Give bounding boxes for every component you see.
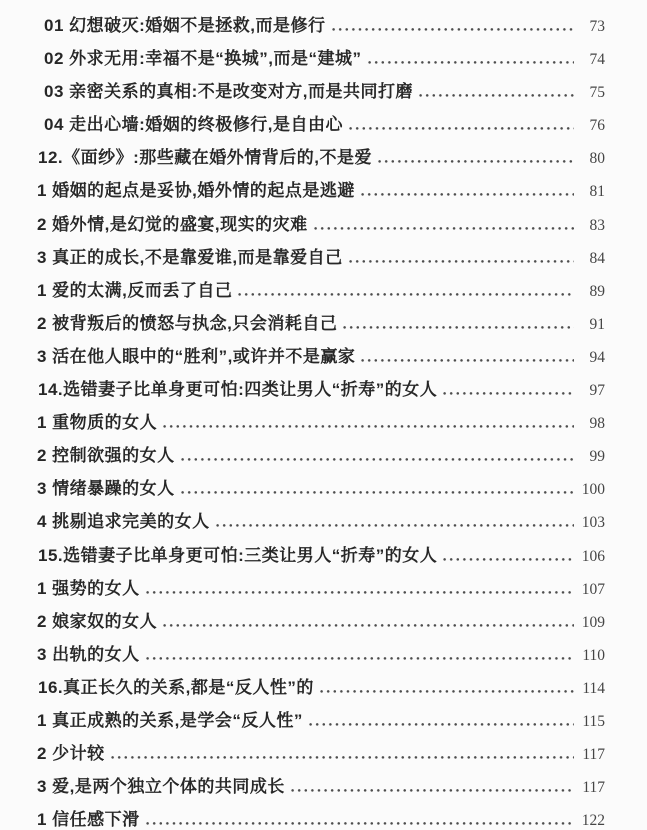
toc-entry-label: 3 情绪暴躁的女人 [37, 474, 175, 499]
toc-entry-page-number: 122 [578, 812, 605, 830]
toc-entry[interactable]: 1 重物质的女人 98 [0, 401, 647, 434]
dot-leader [443, 392, 574, 395]
toc-entry-page-number: 80 [578, 150, 605, 168]
dot-leader [443, 558, 574, 561]
toc-entry-label: 3 爱,是两个独立个体的共同成长 [37, 772, 285, 797]
toc-entry-label: 12.《面纱》:那些藏在婚外情背后的,不是爱 [38, 143, 372, 168]
toc-entry-label: 2 被背叛后的愤怒与执念,只会消耗自己 [37, 309, 337, 334]
toc-entry-label: 3 活在他人眼中的“胜利”,或许并不是赢家 [37, 342, 355, 367]
dot-leader [361, 359, 574, 362]
toc-entry[interactable]: 3 出轨的女人 110 [0, 633, 647, 666]
table-of-contents: 01 幻想破灭:婚姻不是拯救,而是修行 73 02 外求无用:幸福不是“换城”,… [0, 0, 647, 830]
toc-entry[interactable]: 3 情绪暴躁的女人 100 [0, 467, 647, 500]
toc-entry-page-number: 89 [578, 283, 605, 301]
toc-entry[interactable]: 3 爱,是两个独立个体的共同成长 117 [0, 765, 647, 798]
dot-leader [314, 227, 574, 230]
toc-entry-page-number: 73 [578, 18, 605, 36]
toc-entry-label: 1 信任感下滑 [37, 805, 140, 830]
toc-entry[interactable]: 15.选错妻子比单身更可怕:三类让男人“折寿”的女人 106 [0, 534, 647, 567]
dot-leader [146, 657, 574, 660]
dot-leader [419, 94, 574, 97]
toc-entry-page-number: 109 [578, 614, 605, 632]
toc-entry[interactable]: 2 被背叛后的愤怒与执念,只会消耗自己 91 [0, 302, 647, 335]
toc-entry[interactable]: 2 少计较 117 [0, 732, 647, 765]
toc-entry-page-number: 115 [578, 713, 605, 731]
toc-entry-page-number: 83 [578, 217, 605, 235]
toc-entry[interactable]: 14.选错妻子比单身更可怕:四类让男人“折寿”的女人 97 [0, 368, 647, 401]
dot-leader [181, 458, 574, 461]
toc-entry[interactable]: 01 幻想破灭:婚姻不是拯救,而是修行 73 [0, 4, 647, 37]
toc-entry[interactable]: 1 婚姻的起点是妥协,婚外情的起点是逃避 81 [0, 169, 647, 202]
toc-entry[interactable]: 2 娘家奴的女人 109 [0, 600, 647, 633]
toc-entry[interactable]: 1 真正成熟的关系,是学会“反人性” 115 [0, 699, 647, 732]
toc-entry-page-number: 100 [578, 481, 605, 499]
toc-entry-page-number: 91 [578, 316, 605, 334]
toc-entry-label: 4 挑剔追求完美的女人 [37, 507, 210, 532]
toc-entry[interactable]: 3 活在他人眼中的“胜利”,或许并不是赢家 94 [0, 335, 647, 368]
dot-leader [332, 28, 574, 31]
toc-entry-label: 2 娘家奴的女人 [37, 607, 157, 632]
toc-entry[interactable]: 2 婚外情,是幻觉的盛宴,现实的灾难 83 [0, 203, 647, 236]
toc-entry-page-number: 94 [578, 349, 605, 367]
toc-entry-label: 14.选错妻子比单身更可怕:四类让男人“折寿”的女人 [38, 375, 437, 400]
toc-entry-page-number: 98 [578, 415, 605, 433]
toc-entry[interactable]: 1 信任感下滑 122 [0, 798, 647, 830]
toc-entry-page-number: 97 [578, 382, 605, 400]
dot-leader [146, 822, 574, 825]
dot-leader [361, 193, 574, 196]
toc-entry-page-number: 106 [578, 548, 605, 566]
dot-leader [111, 756, 574, 759]
dot-leader [368, 61, 574, 64]
toc-entry-label: 1 重物质的女人 [37, 408, 157, 433]
dot-leader [343, 326, 574, 329]
dot-leader [320, 690, 574, 693]
toc-entry-page-number: 81 [578, 183, 605, 201]
toc-entry-page-number: 75 [578, 84, 605, 102]
toc-entry[interactable]: 2 控制欲强的女人 99 [0, 434, 647, 467]
dot-leader [349, 260, 574, 263]
toc-entry-label: 2 婚外情,是幻觉的盛宴,现实的灾难 [37, 210, 308, 235]
toc-entry[interactable]: 03 亲密关系的真相:不是改变对方,而是共同打磨 75 [0, 70, 647, 103]
toc-entry-label: 2 少计较 [37, 739, 105, 764]
toc-entry-label: 1 强势的女人 [37, 574, 140, 599]
dot-leader [309, 723, 574, 726]
toc-entry[interactable]: 02 外求无用:幸福不是“换城”,而是“建城” 74 [0, 37, 647, 70]
dot-leader [163, 425, 574, 428]
toc-entry-label: 16.真正长久的关系,都是“反人性”的 [38, 673, 314, 698]
toc-entry-page-number: 74 [578, 51, 605, 69]
dot-leader [163, 624, 574, 627]
dot-leader [216, 524, 574, 527]
toc-entry-label: 2 控制欲强的女人 [37, 441, 175, 466]
toc-entry[interactable]: 4 挑剔追求完美的女人 103 [0, 500, 647, 533]
toc-entry-label: 03 亲密关系的真相:不是改变对方,而是共同打磨 [44, 77, 413, 102]
toc-entry-page-number: 117 [578, 779, 605, 797]
dot-leader [146, 591, 574, 594]
dot-leader [349, 127, 574, 130]
toc-entry-label: 04 走出心墙:婚姻的终极修行,是自由心 [44, 110, 343, 135]
toc-entry-page-number: 117 [578, 746, 605, 764]
toc-entry-page-number: 110 [578, 647, 605, 665]
toc-entry-label: 01 幻想破灭:婚姻不是拯救,而是修行 [44, 11, 326, 36]
toc-entry-label: 02 外求无用:幸福不是“换城”,而是“建城” [44, 44, 362, 69]
toc-entry[interactable]: 16.真正长久的关系,都是“反人性”的 114 [0, 666, 647, 699]
toc-entry-page-number: 84 [578, 250, 605, 268]
toc-entry-page-number: 114 [578, 680, 605, 698]
toc-entry[interactable]: 04 走出心墙:婚姻的终极修行,是自由心 76 [0, 103, 647, 136]
toc-entry-label: 3 真正的成长,不是靠爱谁,而是靠爱自己 [37, 243, 343, 268]
toc-entry[interactable]: 1 强势的女人 107 [0, 567, 647, 600]
dot-leader [378, 160, 574, 163]
toc-entry[interactable]: 3 真正的成长,不是靠爱谁,而是靠爱自己 84 [0, 236, 647, 269]
toc-entry[interactable]: 12.《面纱》:那些藏在婚外情背后的,不是爱 80 [0, 136, 647, 169]
dot-leader [181, 491, 574, 494]
toc-entry-label: 1 婚姻的起点是妥协,婚外情的起点是逃避 [37, 176, 355, 201]
toc-entry[interactable]: 1 爱的太满,反而丢了自己 89 [0, 269, 647, 302]
toc-entry-page-number: 103 [578, 514, 605, 532]
toc-entry-label: 15.选错妻子比单身更可怕:三类让男人“折寿”的女人 [38, 541, 437, 566]
dot-leader [291, 789, 574, 792]
toc-entry-page-number: 107 [578, 581, 605, 599]
toc-entry-page-number: 99 [578, 448, 605, 466]
dot-leader [238, 293, 574, 296]
toc-entry-label: 3 出轨的女人 [37, 640, 140, 665]
toc-entry-label: 1 真正成熟的关系,是学会“反人性” [37, 706, 303, 731]
toc-entry-label: 1 爱的太满,反而丢了自己 [37, 276, 232, 301]
toc-entry-page-number: 76 [578, 117, 605, 135]
